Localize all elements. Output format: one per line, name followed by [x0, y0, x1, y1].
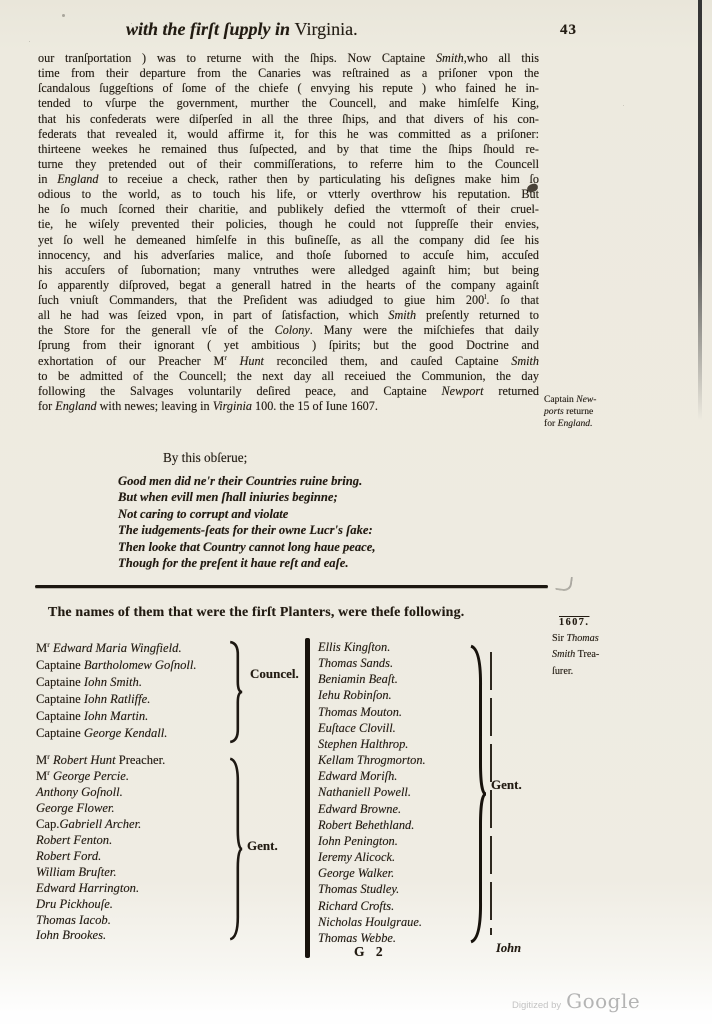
text-segment: Iohn Smith.	[84, 675, 142, 689]
council-list: Mr Edward Maria Wingfield.Captaine Barth…	[36, 640, 197, 742]
main-paragraph: our tranſportation ) was to returne with…	[38, 51, 539, 414]
scan-specks	[62, 14, 65, 17]
book-page-scan: with the firſt ſupply in Virginia. 43 ou…	[0, 0, 712, 1024]
catchword: Iohn	[496, 941, 521, 956]
section-divider-rule	[35, 585, 548, 588]
text-segment: tended to vſurpe the government, murther…	[38, 96, 539, 110]
planter-name: Captaine Iohn Smith.	[36, 674, 197, 691]
gentlemen-right-brace-icon	[467, 640, 487, 948]
text-segment: Kellam Throgmorton.	[318, 753, 426, 767]
text-segment: that his confederats were diſperſed in a…	[38, 112, 539, 126]
text-segment: Captaine	[36, 726, 84, 740]
planter-name: Nathaniell Powell.	[318, 784, 426, 800]
paragraph-line: yet ſo well he demeaned himſelfe in this…	[38, 233, 539, 248]
text-segment: ſprung from their ignorant ( yet ambitio…	[38, 338, 539, 352]
text-segment: with the firſt ſupply in	[126, 19, 295, 39]
text-segment: Edward Browne.	[318, 802, 401, 816]
planter-name: George Walker.	[318, 865, 426, 881]
planter-name: Cap.Gabriell Archer.	[36, 817, 165, 833]
planter-name: Mr Robert Hunt Preacher.	[36, 753, 165, 769]
text-segment: thirteene weekes he remained thus ſuſpec…	[38, 142, 539, 156]
sidenote-newport: Captain New-ports returnefor England.	[544, 394, 616, 430]
text-segment: Thomas Iacob.	[36, 913, 111, 927]
text-segment: England.	[558, 418, 593, 429]
paragraph-line: federats that revealed it, would affirme…	[38, 127, 539, 142]
council-label: Councel.	[250, 666, 299, 682]
rule-end-mark	[555, 575, 573, 592]
text-segment: Thomas	[566, 633, 598, 644]
paragraph-line: odious to the world, as to touch his lif…	[38, 187, 539, 202]
poem-line: Good men did ne'r their Countries ruine …	[118, 473, 376, 489]
text-segment: Captaine	[36, 658, 84, 672]
text-segment: Edward Moriſh.	[318, 769, 397, 783]
text-segment: ,who all this	[464, 51, 539, 65]
text-segment: Virginia.	[295, 19, 358, 39]
planter-name: Nicholas Houlgraue.	[318, 914, 426, 930]
text-segment: Smith	[552, 649, 575, 660]
sidenote-line: for England.	[544, 418, 616, 430]
text-segment: Thomas Studley.	[318, 882, 399, 896]
text-segment: ſuch vniuſt Commanders, that the Preſide…	[38, 293, 484, 307]
text-segment: Smith	[436, 51, 464, 65]
text-segment: Iehu Robinſon.	[318, 688, 392, 702]
paragraph-line: ſcandalous ſuggeſtions of ſome of the ch…	[38, 81, 539, 96]
sidenote-line: Smith Trea-	[552, 647, 624, 663]
gentlemen-list-right: Ellis Kingſton.Thomas Sands.Beniamin Bea…	[318, 639, 426, 946]
text-segment: Thomas Sands.	[318, 656, 393, 670]
text-segment: Captaine	[36, 692, 84, 706]
text-segment: Beniamin Beaſt.	[318, 672, 398, 686]
paragraph-line: our tranſportation ) was to returne with…	[38, 51, 539, 66]
paragraph-line: tended to vſurpe the government, murther…	[38, 96, 539, 111]
poem-line: Not caring to corrupt and violate	[118, 506, 376, 522]
planter-name: Edward Moriſh.	[318, 768, 426, 784]
planter-name: Robert Ford.	[36, 849, 165, 865]
planter-name: Iohn Penington.	[318, 833, 426, 849]
paragraph-line: that his confederats were diſperſed in a…	[38, 112, 539, 127]
text-segment: in	[38, 172, 57, 186]
column-divider	[305, 638, 310, 958]
text-segment: Captaine	[36, 675, 84, 689]
planter-name: Iohn Brookes.	[36, 928, 165, 944]
text-segment: Newport	[442, 384, 484, 398]
paragraph-line: thirteene weekes he remained thus ſuſpec…	[38, 142, 539, 157]
paragraph-line: time from their departure from the Canar…	[38, 66, 539, 81]
paragraph-line: he ſo much ſcorned their charitie, and p…	[38, 202, 539, 217]
scan-edge-shadow	[698, 0, 702, 420]
planter-name: Edward Browne.	[318, 801, 426, 817]
paragraph-line: his accuſers of ſubornation; many vntrut…	[38, 263, 539, 278]
planter-name: Thomas Mouton.	[318, 704, 426, 720]
text-segment: to receiue a check, rather then by parti…	[99, 172, 540, 186]
gentlemen-list-left: Mr Robert Hunt Preacher.Mr George Percie…	[36, 753, 165, 944]
poem-line: Though for the preſent it haue reſt and …	[118, 555, 376, 571]
text-segment: Gabriell Archer.	[59, 817, 141, 831]
text-segment: ports	[544, 406, 564, 417]
planter-name: William Bruſter.	[36, 865, 165, 881]
planter-name: Kellam Throgmorton.	[318, 752, 426, 768]
text-segment: Bartholomew Goſnoll.	[84, 658, 197, 672]
planter-name: Ellis Kingſton.	[318, 639, 426, 655]
paragraph-line: ſprung from their ignorant ( yet ambitio…	[38, 338, 539, 353]
text-segment: his accuſers of ſubornation; many vntrut…	[38, 263, 539, 277]
paragraph-line: turne they pretended out of their commiſ…	[38, 157, 539, 172]
text-segment: Thomas Webbe.	[318, 931, 396, 945]
paragraph-line: in England to receiue a check, rather th…	[38, 172, 539, 187]
text-segment: 100. the 15 of Iune 1607.	[252, 399, 378, 413]
text-segment: George Percie.	[53, 769, 129, 783]
poem-line: Then looke that Country cannot long haue…	[118, 539, 376, 555]
planter-name: Mr George Percie.	[36, 769, 165, 785]
sidenote-line: 1607.	[552, 615, 624, 631]
sidenote-line: Captain New-	[544, 394, 616, 406]
sidenote-line: ſurer.	[552, 664, 624, 680]
text-segment: Robert Behethland.	[318, 818, 414, 832]
planter-name: Stephen Halthrop.	[318, 736, 426, 752]
text-segment: yet ſo well he demeaned himſelfe in this…	[38, 233, 539, 247]
text-segment: ſo apparently diſproved, begat a general…	[38, 278, 539, 292]
text-segment: Iohn Ratliffe.	[84, 692, 150, 706]
paragraph-line: ſuch vniuſt Commanders, that the Preſide…	[38, 293, 539, 308]
text-segment: George Flower.	[36, 801, 115, 815]
text-segment: Anthony Goſnoll.	[36, 785, 123, 799]
page-number: 43	[560, 22, 577, 39]
text-segment: Hunt	[240, 354, 264, 368]
text-segment: Captain	[544, 394, 576, 405]
text-segment: ſcandalous ſuggeſtions of ſome of the ch…	[38, 81, 539, 95]
planter-name: Mr Edward Maria Wingfield.	[36, 640, 197, 657]
planter-name: Captaine Iohn Ratliffe.	[36, 691, 197, 708]
text-segment: reconciled them, and cauſed Captaine	[264, 354, 511, 368]
signature-mark: G 2	[354, 944, 387, 960]
text-segment: Virginia	[213, 399, 252, 413]
text-segment: to be admitted of the Councell; the next…	[38, 369, 539, 383]
text-segment: Colony	[275, 323, 310, 337]
text-segment: returne	[564, 406, 594, 417]
text-segment: returned	[484, 384, 539, 398]
text-segment: Edward Maria Wingfield.	[53, 641, 182, 655]
paragraph-line: ſo apparently diſproved, begat a general…	[38, 278, 539, 293]
running-header: with the firſt ſupply in Virginia.	[126, 19, 456, 40]
text-segment: federats that revealed it, would affirme…	[38, 127, 539, 141]
brace-companion-line	[490, 652, 492, 935]
planter-name: Captaine Iohn Martin.	[36, 708, 197, 725]
planter-name: Ieremy Alicock.	[318, 849, 426, 865]
text-segment: New-	[576, 394, 596, 405]
planter-name: Robert Fenton.	[36, 833, 165, 849]
council-brace-icon	[227, 640, 243, 744]
gentlemen-left-label: Gent.	[247, 838, 278, 854]
text-segment: William Bruſter.	[36, 865, 116, 879]
planter-name: Dru Pickhouſe.	[36, 897, 165, 913]
text-segment: tie, he wiſely prevented their policies,…	[38, 217, 539, 231]
poem-line: The iudgements-ſeats for their owne Lucr…	[118, 522, 376, 538]
paragraph-line: following the Salvages voluntarily deſir…	[38, 384, 539, 399]
text-segment: George Walker.	[318, 866, 394, 880]
paragraph-line: exhortation of our Preacher Mr Hunt reco…	[38, 354, 539, 369]
gentlemen-left-brace-icon	[227, 755, 243, 943]
text-segment: Ieremy Alicock.	[318, 850, 395, 864]
text-segment: our tranſportation ) was to returne with…	[38, 51, 436, 65]
text-segment: Euſtace Clovill.	[318, 721, 396, 735]
text-segment: exhortation of our Preacher M	[38, 354, 224, 368]
text-segment: Edward Harrington.	[36, 881, 139, 895]
text-segment: . ſo that	[486, 293, 539, 307]
paragraph-line: tie, he wiſely prevented their policies,…	[38, 217, 539, 232]
planter-name: Thomas Iacob.	[36, 913, 165, 929]
google-logo-text: Google	[566, 989, 640, 1013]
text-segment: Trea-	[575, 649, 599, 660]
paragraph-line: all he had was ſeized vpon, in part of ſ…	[38, 308, 539, 323]
text-segment	[227, 354, 240, 368]
text-segment: George Kendall.	[84, 726, 167, 740]
text-segment: turne they pretended out of their commiſ…	[38, 157, 539, 171]
text-segment: time from their departure from the Canar…	[38, 66, 539, 80]
text-segment: Thomas Mouton.	[318, 705, 402, 719]
sidenote-line: Sir Thomas	[552, 631, 624, 647]
text-segment: Robert Fenton.	[36, 833, 112, 847]
planter-name: Captaine George Kendall.	[36, 725, 197, 742]
observe-heading: By this obſerue;	[163, 450, 247, 466]
planter-name: Euſtace Clovill.	[318, 720, 426, 736]
paragraph-line: the Store for the generall vſe of the Co…	[38, 323, 539, 338]
text-segment: Ellis Kingſton.	[318, 640, 390, 654]
text-segment: ſurer.	[552, 666, 573, 677]
planters-heading: The names of them that were the firſt Pl…	[48, 605, 464, 621]
text-segment: Nicholas Houlgraue.	[318, 915, 422, 929]
poem-line: But when evill men ſhall iniuries beginn…	[118, 489, 376, 505]
text-segment: Iohn Penington.	[318, 834, 398, 848]
text-segment: Robert Hunt	[53, 753, 119, 767]
planter-name: Thomas Studley.	[318, 881, 426, 897]
text-segment: all he had was ſeized vpon, in part of ſ…	[38, 308, 388, 322]
text-segment: Iohn Brookes.	[36, 928, 106, 942]
planter-name: Richard Crofts.	[318, 898, 426, 914]
text-segment: following the Salvages voluntarily deſir…	[38, 384, 442, 398]
text-segment: Richard Crofts.	[318, 899, 394, 913]
text-segment: M	[36, 641, 47, 655]
text-segment: Stephen Halthrop.	[318, 737, 408, 751]
planter-name: Captaine Bartholomew Goſnoll.	[36, 657, 197, 674]
google-watermark: Digitized by Google	[512, 989, 640, 1013]
text-segment: for	[38, 399, 55, 413]
planter-name: Robert Behethland.	[318, 817, 426, 833]
text-segment: Captaine	[36, 709, 84, 723]
text-segment: for	[544, 418, 558, 429]
text-segment: England	[57, 172, 98, 186]
paragraph-line: innocency, and his adverſaries malice, a…	[38, 248, 539, 263]
text-segment: preſently returned to	[416, 308, 539, 322]
watermark-prefix: Digitized by	[512, 1000, 561, 1011]
text-segment: innocency, and his adverſaries malice, a…	[38, 248, 539, 262]
text-segment: he ſo much ſcorned their charitie, and p…	[38, 202, 539, 216]
text-segment: odious to the world, as to touch his lif…	[38, 187, 539, 201]
text-segment: M	[36, 753, 47, 767]
text-segment: Preacher.	[119, 753, 166, 767]
sidenote-1607: 1607.Sir ThomasSmith Trea-ſurer.	[552, 615, 624, 680]
text-segment: . Many were the miſchiefes that daily	[310, 323, 539, 337]
paragraph-line: for England with newes; leaving in Virgi…	[38, 399, 539, 414]
planter-name: Anthony Goſnoll.	[36, 785, 165, 801]
planter-name: Edward Harrington.	[36, 881, 165, 897]
planter-name: Thomas Sands.	[318, 655, 426, 671]
gentlemen-right-label: Gent.	[491, 777, 522, 793]
text-segment: 1607.	[559, 617, 589, 628]
text-segment: Dru Pickhouſe.	[36, 897, 113, 911]
text-segment: with newes; leaving in	[97, 399, 213, 413]
text-segment: Sir	[552, 633, 566, 644]
planter-name: Iehu Robinſon.	[318, 687, 426, 703]
sidenote-line: ports returne	[544, 406, 616, 418]
text-segment: Smith	[388, 308, 416, 322]
text-segment: Iohn Martin.	[84, 709, 148, 723]
planter-name: George Flower.	[36, 801, 165, 817]
text-segment: M	[36, 769, 47, 783]
poem: Good men did ne'r their Countries ruine …	[118, 473, 376, 571]
text-segment: England	[55, 399, 96, 413]
planter-name: Beniamin Beaſt.	[318, 671, 426, 687]
text-segment: Nathaniell Powell.	[318, 785, 411, 799]
paragraph-line: to be admitted of the Councell; the next…	[38, 369, 539, 384]
text-segment: the Store for the generall vſe of the	[38, 323, 275, 337]
text-segment: Robert Ford.	[36, 849, 101, 863]
text-segment: Cap.	[36, 817, 59, 831]
text-segment: Smith	[511, 354, 539, 368]
